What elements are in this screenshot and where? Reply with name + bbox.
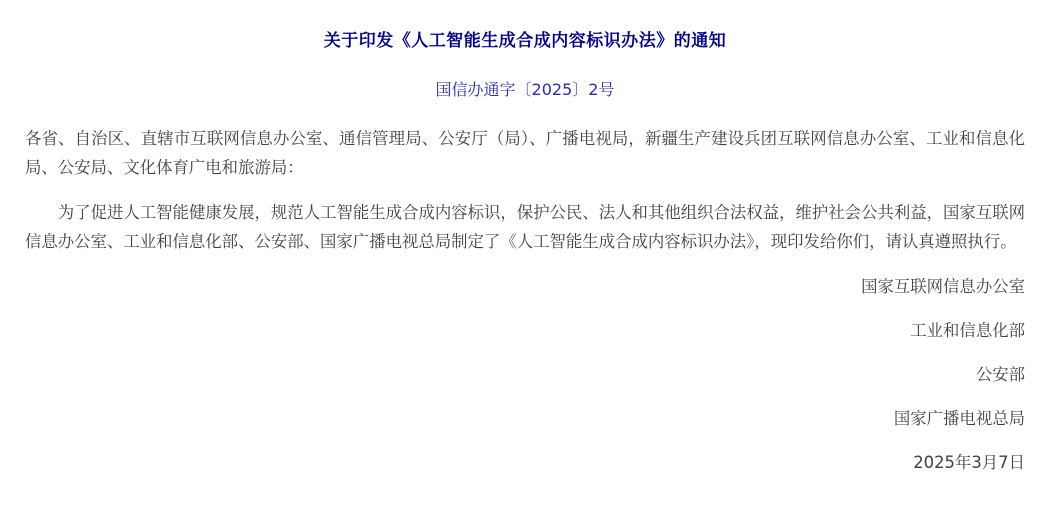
government-notice-document: 关于印发《人工智能生成合成内容标识办法》的通知 国信办通字〔2025〕2号 各省…: [0, 0, 1047, 477]
document-date: 2025年3月7日: [25, 448, 1025, 477]
addressee-paragraph: 各省、自治区、直辖市互联网信息办公室、通信管理局、公安厅（局）、广播电视局，新疆…: [25, 124, 1025, 182]
signature-block: 国家互联网信息办公室 工业和信息化部 公安部 国家广播电视总局 2025年3月7…: [25, 272, 1025, 477]
document-number: 国信办通字〔2025〕2号: [25, 80, 1025, 100]
document-title: 关于印发《人工智能生成合成内容标识办法》的通知: [25, 30, 1025, 52]
signature-agency-mps: 公安部: [25, 360, 1025, 389]
notice-page: 关于印发《人工智能生成合成内容标识办法》的通知 国信办通字〔2025〕2号 各省…: [0, 0, 1047, 516]
signature-agency-nrta: 国家广播电视总局: [25, 404, 1025, 433]
body-paragraph: 为了促进人工智能健康发展，规范人工智能生成合成内容标识，保护公民、法人和其他组织…: [25, 198, 1025, 256]
signature-agency-miit: 工业和信息化部: [25, 316, 1025, 345]
signature-agency-cac: 国家互联网信息办公室: [25, 272, 1025, 301]
